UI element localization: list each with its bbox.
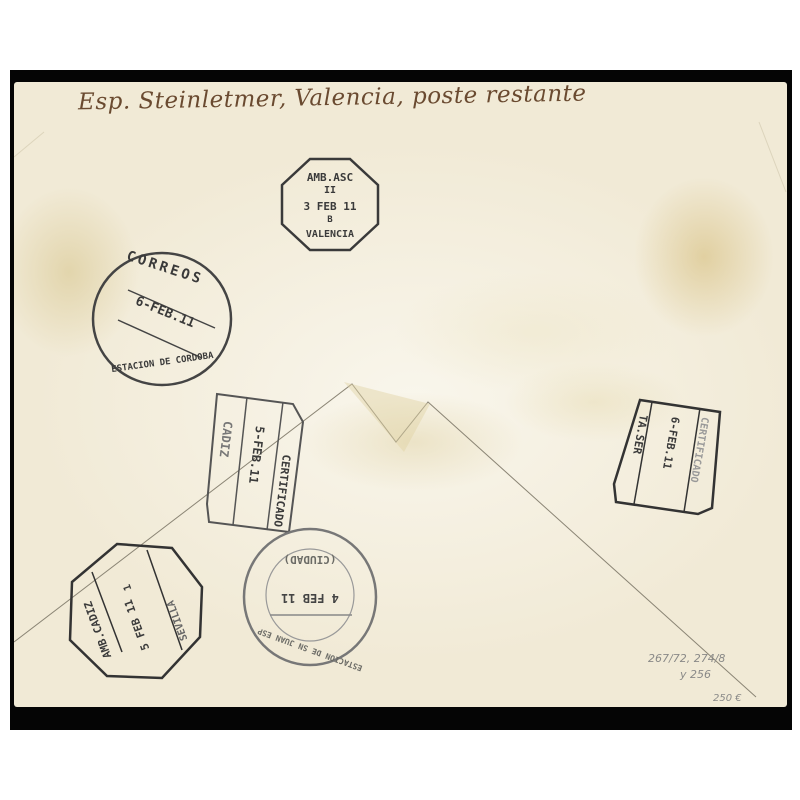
postmark-top-text: (CIUDAD): [260, 553, 360, 566]
postmark-amb-cadiz: AMB.CADIZ 5 FEB 11 1 SEVILLA: [62, 542, 207, 682]
pencil-catalog-numbers-2: y 256: [680, 668, 711, 681]
postmark-number: II: [280, 185, 380, 196]
postmark-top-text: AMB.ASC: [280, 171, 380, 184]
postmark-correos-cordoba: CORREOS 6-FEB.11 ESTACION DE CORDOBA: [90, 250, 235, 388]
postmark-date: 4 FEB 11: [260, 591, 360, 605]
pencil-catalog-numbers: 267/72, 274/8: [648, 652, 725, 665]
postmark-san-juan: (CIUDAD) 4 FEB 11 ESTACION DE SN JUAN ES…: [240, 525, 380, 670]
postmark-certificado-left: CERTIFICADO 5-FEB.11 CADIZ: [205, 392, 305, 537]
postmark-certificado-right: TA.SER 6-FEB.11 CERTIFICADO: [612, 398, 722, 516]
pencil-price: 250 €: [713, 693, 742, 704]
postmark-amb-asc: AMB.ASC II 3 FEB 11 B VALENCIA: [280, 157, 380, 252]
postmark-small: B: [280, 215, 380, 225]
postmark-bottom-text: VALENCIA: [280, 229, 380, 240]
postmark-date: 3 FEB 11: [280, 200, 380, 213]
